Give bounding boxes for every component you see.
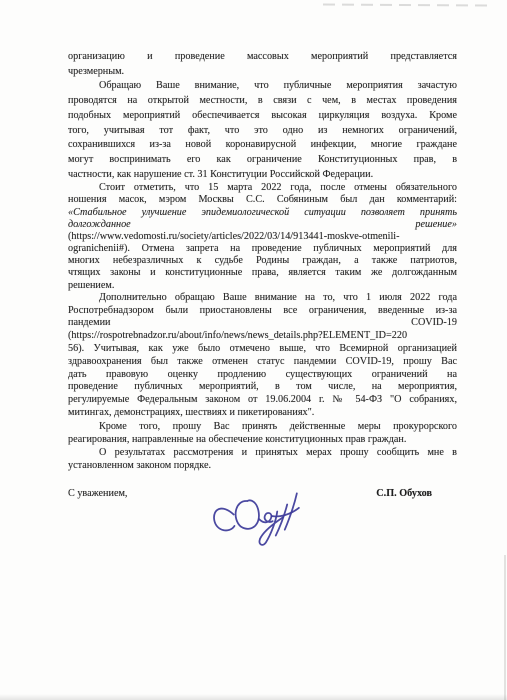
signature-icon (205, 481, 313, 556)
text-line: регулируемые Федеральным законом от 19.0… (68, 394, 457, 407)
text-line: сохранившихся из-за новой коронавирусной… (68, 138, 457, 153)
text-line: Стоит отметить, что 15 марта 2022 года, … (68, 182, 457, 194)
scan-artifact-bottom-edge (0, 694, 507, 700)
text-line: организацию и проведение массовых меропр… (68, 50, 457, 65)
text-line: «Стабильное улучшение эпидемиологической… (68, 207, 457, 219)
text-line: ношения масок, мэром Москвы С.С. Собянин… (68, 194, 457, 206)
scan-artifact-top-line (323, 3, 488, 6)
paragraph: Кроме того, прошу Вас принять действенны… (68, 420, 457, 446)
text-line: установленном законом порядке. (68, 459, 457, 472)
text-line: могут воспринимать его как ограничение К… (68, 153, 457, 168)
paragraph: организацию и проведение массовых меропр… (68, 50, 457, 79)
text-line: Дополнительно обращаю Ваше внимание на т… (68, 292, 457, 305)
text-line: (https://rospotrebnadzor.ru/about/info/n… (68, 330, 457, 343)
text-line: здравоохранения был также отменен статус… (68, 356, 457, 369)
text-line: чтящих законы и конституционные права, я… (68, 267, 457, 279)
text-line: Роспотребнадзором были приостановлены вс… (68, 305, 457, 318)
text-line: Обращаю Ваше внимание, что публичные мер… (68, 79, 457, 94)
text-line: ogranichenii#). Отмена запрета на провед… (68, 243, 457, 255)
text-line: долгожданное решение» (68, 219, 457, 231)
text-line: (https://www.vedomosti.ru/society/articl… (68, 231, 457, 243)
text-line: чрезмерным. (68, 65, 457, 80)
paragraph: Обращаю Ваше внимание, что публичные мер… (68, 79, 457, 182)
text-line: многих небезразличных к судьбе Родины гр… (68, 255, 457, 267)
paragraph: Дополнительно обращаю Ваше внимание на т… (68, 292, 457, 420)
text-line: проведение публичных мероприятий, в том … (68, 381, 457, 394)
paragraph: Стоит отметить, что 15 марта 2022 года, … (68, 182, 457, 291)
text-line: дать правовую оценку продлению существую… (68, 369, 457, 382)
text-line: решением. (68, 280, 457, 292)
text-line: пандемии COVID-19 (68, 317, 457, 330)
text-line: того, учитывая тот факт, что это одно из… (68, 124, 457, 139)
text-line: Кроме того, прошу Вас принять действенны… (68, 420, 457, 433)
paragraph: О результатах рассмотрения и принятых ме… (68, 446, 457, 472)
document-page: организацию и проведение массовых меропр… (0, 0, 507, 700)
text-line: митингах, демонстрациях, шествиях и пике… (68, 407, 457, 420)
letter-body: организацию и проведение массовых меропр… (68, 50, 457, 472)
text-line: О результатах рассмотрения и принятых ме… (68, 446, 457, 459)
signer-name: С.П. Обухов (376, 487, 457, 500)
closing-salutation: С уважением, (68, 487, 127, 500)
text-line: реагирования, направленные на обеспечени… (68, 433, 457, 446)
text-line: подобных мероприятий обеспечивается высо… (68, 109, 457, 124)
text-line: проводятся на открытой местности, в связ… (68, 94, 457, 109)
text-line: частности, как нарушение ст. 31 Конститу… (68, 168, 457, 183)
text-line: 56). Учитывая, как уже было отмечено выш… (68, 343, 457, 356)
scan-artifact-right-edge (504, 555, 506, 700)
handwritten-signature (205, 481, 313, 556)
